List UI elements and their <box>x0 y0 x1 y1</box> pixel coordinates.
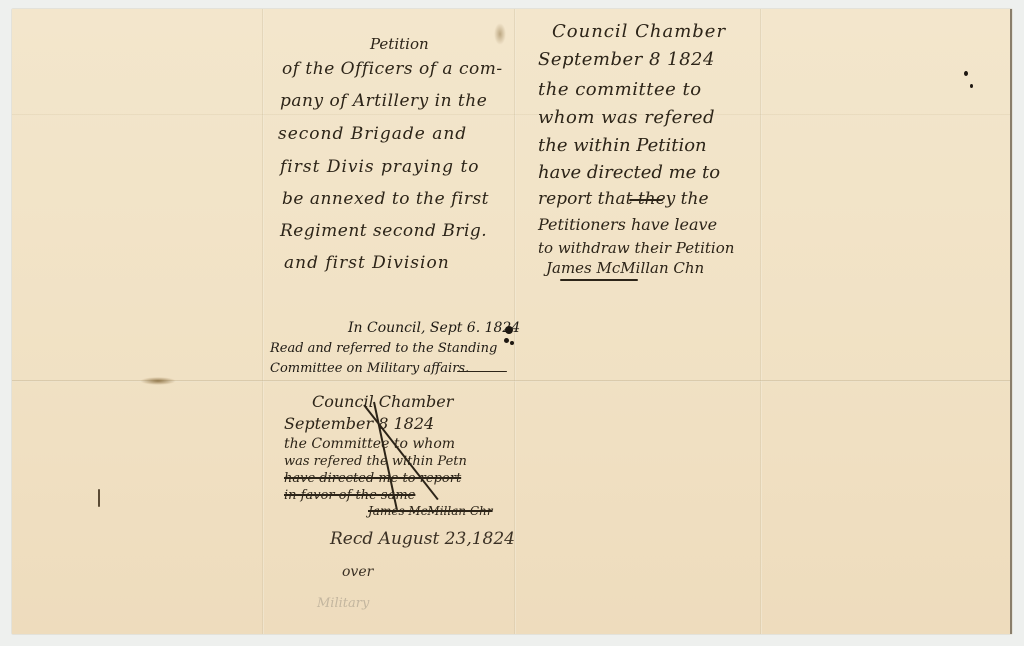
report-line: have directed me to <box>538 164 720 182</box>
report-line: whom was refered <box>538 109 715 127</box>
docket-title: Petition <box>370 37 429 52</box>
docket-line: pany of Artillery in the <box>280 93 487 110</box>
received-date: Recd August 23,1824 <box>330 531 515 548</box>
ink-blot <box>510 341 514 345</box>
report-line: Petitioners have leave <box>538 217 717 233</box>
ink-spot <box>970 84 973 88</box>
cancelled-signature-struck: James McMillan Chr <box>368 505 493 517</box>
cancelled-line-struck: have directed me to report <box>284 472 461 485</box>
docket-line: Regiment second Brig. <box>280 223 487 240</box>
report-line: the within Petition <box>538 137 707 155</box>
report-signature: James McMillan Chn <box>546 261 704 276</box>
signature-flourish <box>560 279 638 281</box>
ink-blot <box>504 338 509 343</box>
fold-line-vertical <box>262 9 264 634</box>
over-note: over <box>342 565 373 579</box>
docket-line: of the Officers of a com- <box>282 61 503 78</box>
report-line: report that they the <box>538 191 709 208</box>
cancelled-line: was refered the within Petn <box>284 455 467 468</box>
faint-note: Military <box>317 597 369 610</box>
council-heading: In Council, Sept 6. 1824 <box>348 321 520 335</box>
rule-line <box>457 371 507 372</box>
report-line: to withdraw their Petition <box>538 241 734 256</box>
stain <box>140 377 176 385</box>
fold-line-horizontal <box>12 114 1010 116</box>
council-line: Committee on Military affairs. <box>270 362 469 375</box>
council-line: Read and referred to the Standing <box>270 342 497 355</box>
report-line: the committee to <box>538 81 702 99</box>
strike-mark <box>629 199 663 201</box>
report-line: September 8 1824 <box>538 51 715 69</box>
document-sheet: Petition of the Officers of a com- pany … <box>12 9 1012 634</box>
ink-spot <box>964 71 968 76</box>
stain <box>494 23 506 45</box>
docket-line: be annexed to the first <box>282 191 489 208</box>
docket-line: second Brigade and <box>278 126 467 143</box>
cancelled-line: Council Chamber <box>312 394 453 410</box>
docket-line: and first Division <box>284 255 450 272</box>
docket-line: first Divis praying to <box>280 159 480 176</box>
fold-line-vertical <box>760 9 762 634</box>
cancelled-line: September 8 1824 <box>284 416 434 432</box>
cancelled-line: the Committee to whom <box>284 437 455 451</box>
report-line: Council Chamber <box>552 23 726 41</box>
ink-mark <box>98 489 100 507</box>
